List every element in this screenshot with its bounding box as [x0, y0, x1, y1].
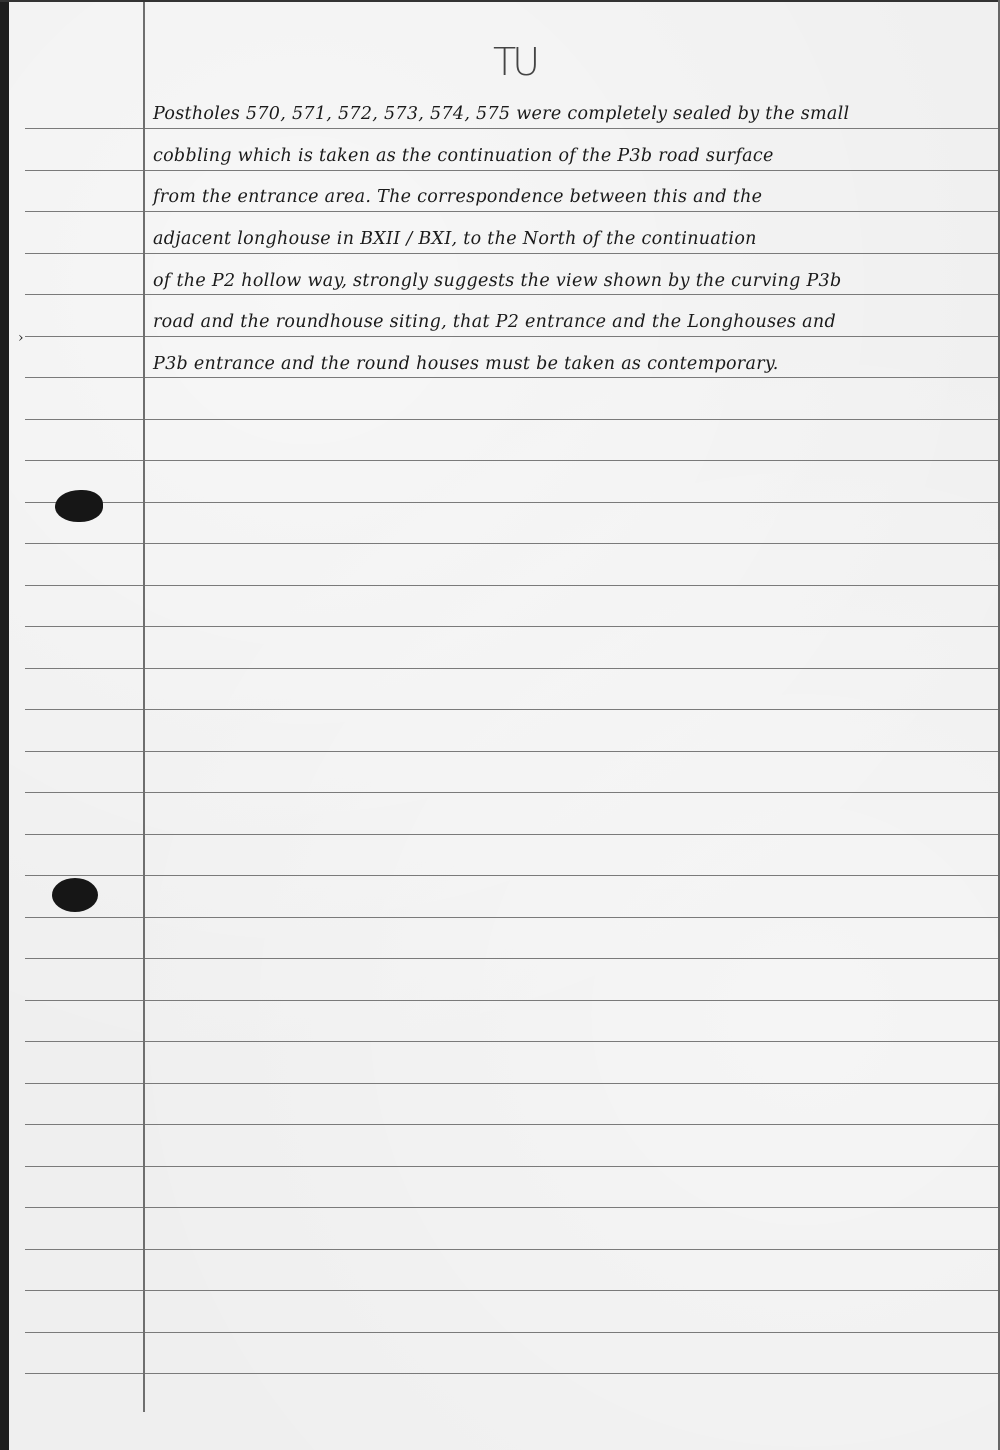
ruled-line: [25, 1249, 1000, 1250]
ruled-line: [25, 1166, 1000, 1167]
ruled-line: [25, 958, 1000, 959]
ruled-line: [25, 294, 1000, 295]
ruled-line: [25, 419, 1000, 420]
handwritten-line: cobbling which is taken as the continuat…: [153, 146, 973, 166]
ruled-line: [25, 1083, 1000, 1084]
ruled-line: [25, 1373, 1000, 1374]
ruled-line: [25, 585, 1000, 586]
handwritten-line: from the entrance area. The corresponden…: [153, 187, 973, 207]
punch-hole-icon: [55, 490, 103, 522]
handwritten-line: adjacent longhouse in BXII / BXI, to the…: [153, 229, 973, 249]
notebook-page: TU › Postholes 570, 571, 572, 573, 574, …: [8, 0, 1000, 1450]
ruled-line: [25, 751, 1000, 752]
ruled-line: [25, 502, 1000, 503]
punch-hole-icon: [52, 878, 98, 912]
handwritten-line: road and the roundhouse siting, that P2 …: [153, 312, 973, 332]
handwritten-line: Postholes 570, 571, 572, 573, 574, 575 w…: [153, 104, 973, 124]
margin-line: [143, 0, 145, 1412]
handwritten-line: P3b entrance and the round houses must b…: [153, 354, 973, 374]
handwritten-line: of the P2 hollow way, strongly suggests …: [153, 271, 973, 291]
ruled-line: [25, 1207, 1000, 1208]
ruled-line: [25, 668, 1000, 669]
ruled-line: [25, 917, 1000, 918]
ruled-line: [25, 253, 1000, 254]
ruled-line: [25, 875, 1000, 876]
ruled-line: [25, 1124, 1000, 1125]
ruled-line: [25, 1290, 1000, 1291]
margin-mark: ›: [18, 330, 24, 346]
ruled-line: [25, 377, 1000, 378]
ruled-line: [25, 1332, 1000, 1333]
ruled-line: [25, 834, 1000, 835]
page-top-edge: [0, 0, 1000, 2]
page-binding-edge: [0, 0, 9, 1450]
ruled-line: [25, 211, 1000, 212]
ruled-line: [25, 709, 1000, 710]
ruled-line: [25, 543, 1000, 544]
ruled-line: [25, 128, 1000, 129]
ruled-line: [25, 792, 1000, 793]
ruled-line: [25, 1000, 1000, 1001]
ruled-line: [25, 1041, 1000, 1042]
ruled-line: [25, 170, 1000, 171]
ruled-line: [25, 460, 1000, 461]
header-mark: TU: [493, 40, 536, 84]
ruled-line: [25, 626, 1000, 627]
ruled-line: [25, 336, 1000, 337]
